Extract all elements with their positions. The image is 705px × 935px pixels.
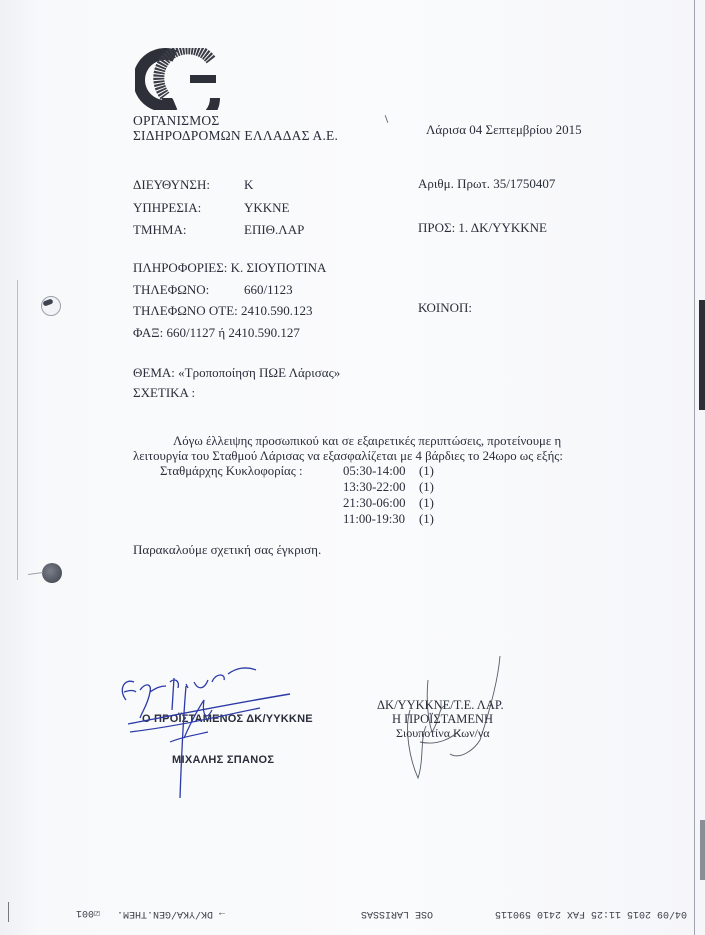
- ote-phone: ΤΗΛΕΦΩΝΟ ΟΤΕ: 2410.590.123: [133, 303, 313, 319]
- shift-count: (1): [419, 495, 434, 511]
- shift-role-label: Σταθμάρχης Κυκλοφορίας :: [160, 463, 303, 479]
- right-signatory-name: Σιουποτίνα Κων/να: [396, 725, 490, 741]
- shift-count: (1): [419, 463, 434, 479]
- subject-line: ΘΕΜΑ: «Τροποποίηση ΠΩΕ Λάρισας»: [133, 365, 340, 381]
- phone-value: 660/1123: [244, 282, 293, 298]
- document-date: Λάρισα 04 Σεπτεμβρίου 2015: [426, 122, 582, 138]
- fax-timestamp: 04/09 2015 11:25 FAX 2410 590115: [495, 908, 687, 919]
- scan-edge-shadow: [699, 300, 705, 410]
- body-paragraph-line1: Λόγω έλλειψης προσωπικού και σε εξαιρετι…: [173, 433, 561, 449]
- fax-destination: → DK/YKA/GEN.THEM.: [117, 908, 225, 919]
- directorate-value: Κ: [244, 177, 253, 193]
- shift-count: (1): [419, 511, 434, 527]
- fold-line: [694, 0, 695, 935]
- closing-sentence: Παρακαλούμε σχετική σας έγκριση.: [133, 542, 321, 558]
- body-paragraph-line2: λειτουργία του Σταθμού Λάρισας να εξασφα…: [133, 448, 563, 464]
- related-label: ΣΧΕΤΙΚΑ :: [133, 385, 195, 401]
- fax-sender: OSE LARISSAS: [361, 908, 433, 919]
- scan-edge-shadow: [700, 820, 705, 880]
- fax-page-number: ☑001: [76, 907, 100, 919]
- shift-time: 05:30-14:00: [343, 463, 406, 479]
- shift-time: 13:30-22:00: [343, 479, 406, 495]
- directorate-label: ΔΙΕΥΘΥΝΣΗ:: [133, 177, 210, 193]
- department-value: ΕΠΙΘ.ΛΑΡ: [244, 222, 304, 238]
- ose-logo-icon: [135, 48, 225, 110]
- info-contact: ΠΛΗΡΟΦΟΡΙΕΣ: Κ. ΣΙΟΥΠΟΤΙΝΑ: [133, 260, 326, 276]
- organization-name-line1: ΟΡΓΑΝΙΣΜΟΣ: [133, 113, 219, 129]
- punch-hole: [41, 296, 61, 316]
- shift-count: (1): [419, 479, 434, 495]
- fax-number: ΦΑΞ: 660/1127 ή 2410.590.127: [133, 325, 300, 341]
- department-label: ΤΜΗΜΑ:: [133, 222, 186, 238]
- shift-time: 21:30-06:00: [343, 495, 406, 511]
- fax-divider: [8, 902, 9, 922]
- protocol-number: Αριθμ. Πρωτ. 35/1750407: [418, 176, 555, 192]
- organization-name-line2: ΣΙΔΗΡΟΔΡΟΜΩΝ ΕΛΛΑΔΑΣ Α.Ε.: [133, 128, 338, 144]
- fax-transmission-footer: 04/09 2015 11:25 FAX 2410 590115 OSE LAR…: [0, 902, 705, 922]
- shift-time: 11:00-19:30: [343, 511, 405, 527]
- cc-label: ΚΟΙΝΟΠ:: [418, 300, 472, 316]
- punch-hole: [42, 563, 62, 583]
- recipient: ΠΡΟΣ: 1. ΔΚ/ΥΥΚΚΝΕ: [418, 220, 547, 236]
- service-value: ΥΚΚΝΕ: [244, 200, 290, 216]
- fold-line: [17, 280, 18, 580]
- phone-label: ΤΗΛΕΦΩΝΟ:: [133, 282, 209, 298]
- service-label: ΥΠΗΡΕΣΙΑ:: [133, 200, 201, 216]
- signature-scribble-icon: [120, 680, 320, 800]
